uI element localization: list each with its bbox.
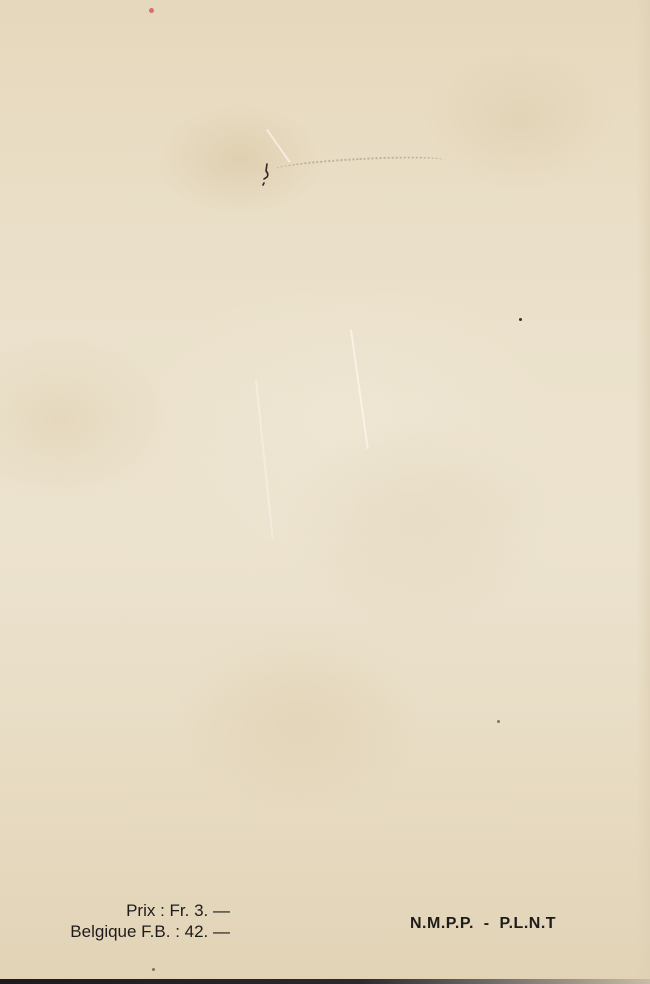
price-block: Prix : Fr. 3. — Belgique F.B. : 42. — [0,900,230,942]
ink-scribble-mark [262,163,270,187]
scan-bottom-edge [0,979,650,984]
price-france: Prix : Fr. 3. — [0,900,230,921]
red-ink-speck [149,8,154,13]
speck [519,318,522,321]
paper-crease [255,380,274,539]
smudge-mark [275,154,445,177]
speck [152,968,155,971]
back-cover-page: Prix : Fr. 3. — Belgique F.B. : 42. — N.… [0,0,650,984]
speck [497,720,500,723]
paper-crease [266,129,291,163]
price-belgium: Belgique F.B. : 42. — [0,921,230,942]
distributor-label: N.M.P.P. - P.L.N.T [410,915,556,933]
page-right-edge [636,0,650,984]
paper-crease [350,330,369,449]
